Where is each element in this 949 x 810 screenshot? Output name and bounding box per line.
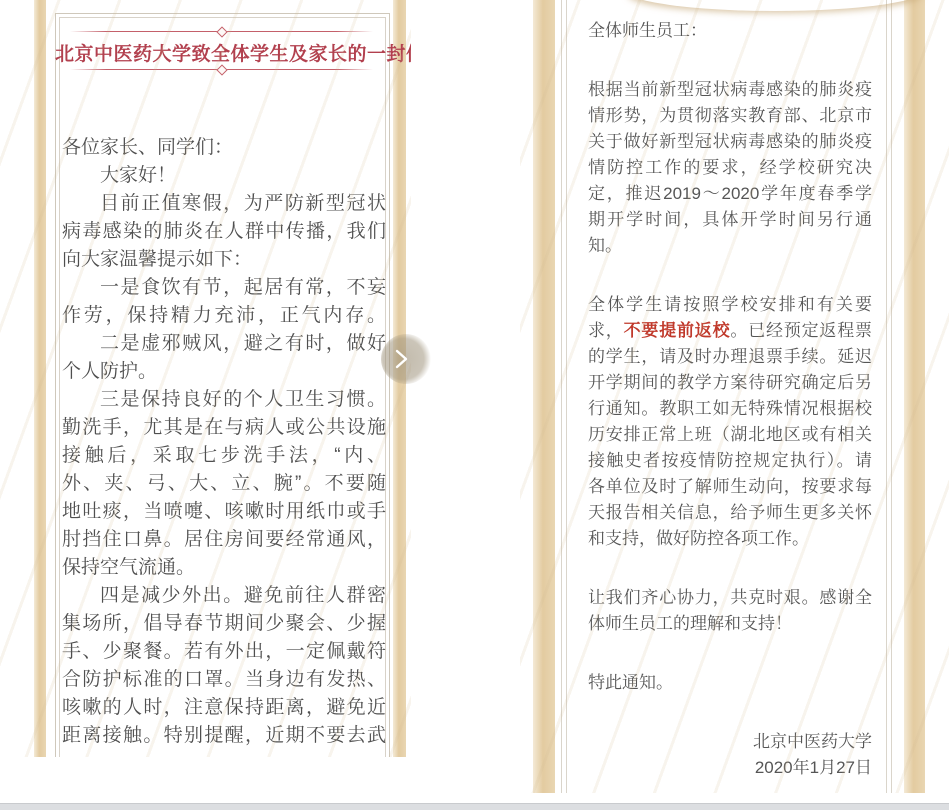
text-line: 目前正值寒假，为严防新型冠状 [62,190,386,218]
text-line: 咳嗽的人时，注意保持距离，避免近 [62,694,386,722]
text-line: 期开学时间，具体开学时间另行通 [588,207,872,233]
text-line: 关于做好新型冠状病毒感染的肺炎疫 [588,129,872,155]
paragraph: 目前正值寒假，为严防新型冠状病毒感染的肺炎在人群中传播，我们向大家温馨提示如下： [62,190,386,274]
paragraph: 二是虚邪贼风，避之有时，做好个人防护。 [62,330,386,386]
text-line: 病毒感染的肺炎在人群中传播，我们 [62,218,386,246]
right-page-body: 全体师生员工：根据当前新型冠状病毒感染的肺炎疫情形势，为贯彻落实教育部、北京市关… [588,18,872,781]
text-line: 各位家长、同学们： [62,134,386,162]
text-line: 勤洗手，尤其是在与病人或公共设施 [62,414,386,442]
text-line: 个人防护。 [62,358,386,386]
paper-edge-strip [34,0,46,757]
text-line: 向大家温馨提示如下： [62,246,386,274]
chevron-right-icon [394,348,409,370]
paragraph: 大家好！ [62,162,386,190]
text-line: 行通知。教职工如无特殊情况根据校 [588,396,872,422]
paragraph: 各位家长、同学们： [62,134,386,162]
text-line: 体师生员工的理解和支持！ [588,611,872,637]
text-line: 距离接触。特别提醒，近期不要去武 [62,722,386,750]
text-line: 四是减少外出。避免前往人群密 [62,582,386,610]
text-line: 保持空气流通。 [62,554,386,582]
text-line: 知。 [588,233,872,259]
text-line: 开学期间的教学方案待研究确定后另 [588,370,872,396]
text-line: 一是食饮有节，起居有常，不妄 [62,274,386,302]
text-line: 接触后，采取七步洗手法，“内、 [62,442,386,470]
text-line: 全体学生请按照学校安排和有关要 [588,292,872,318]
right-letter-page: 全体师生员工：根据当前新型冠状病毒感染的肺炎疫情形势，为贯彻落实教育部、北京市关… [520,0,949,793]
paragraph: 北京中医药大学2020年1月27日 [588,729,872,781]
text-line: 2020年1月27日 [588,755,872,781]
letter-title: 北京中医药大学致全体学生及家长的一封信 [55,39,389,66]
text-line: 和支持，做好防控各项工作。 [588,526,872,552]
text-line: 接触史者按疫情防控规定执行）。请 [588,448,872,474]
text-line: 地吐痰，当喷嚏、咳嗽时用纸巾或手 [62,498,386,526]
paragraph: 三是保持良好的个人卫生习惯。勤洗手，尤其是在与病人或公共设施接触后，采取七步洗手… [62,386,386,582]
text-line: 全体师生员工： [588,18,872,44]
text-line: 求，不要提前返校。已经预定返程票 [588,318,872,344]
text-line: 北京中医药大学 [588,729,872,755]
paragraph: 全体学生请按照学校安排和有关要求，不要提前返校。已经预定返程票的学生，请及时办理… [588,292,872,552]
paragraph: 四是减少外出。避免前往人群密集场所，倡导春节期间少聚会、少握手、少聚餐。若有外出… [62,582,386,750]
title-divider-bottom [70,66,373,73]
paragraph: 让我们齐心协力，共克时艰。感谢全体师生员工的理解和支持！ [588,585,872,637]
bottom-bar [0,803,949,810]
paragraph: 一是食饮有节，起居有常，不妄作劳，保持精力充沛，正气内存。 [62,274,386,330]
left-letter-page: 北京中医药大学致全体学生及家长的一封信 各位家长、同学们：大家好！目前正值寒假，… [0,0,411,757]
letter-frame-line [886,0,892,793]
paper-edge-strip [904,0,925,793]
text-line: 让我们齐心协力，共克时艰。感谢全 [588,585,872,611]
paragraph: 根据当前新型冠状病毒感染的肺炎疫情形势，为贯彻落实教育部、北京市关于做好新型冠状… [588,77,872,259]
text-line: 的学生，请及时办理退票手续。延迟 [588,344,872,370]
paragraph: 全体师生员工： [588,18,872,44]
text-line: 集场所，倡导春节期间少聚会、少握 [62,610,386,638]
text-line: 天报告相关信息，给予师生更多关怀 [588,500,872,526]
text-line: 情形势，为贯彻落实教育部、北京市 [588,103,872,129]
title-divider-top [70,28,373,35]
text-line: 历安排正常上班（湖北地区或有相关 [588,422,872,448]
paper-edge-strip [533,0,555,793]
text-line: 特此通知。 [588,670,872,696]
ribbon-swoosh [625,0,925,11]
left-page-body: 各位家长、同学们：大家好！目前正值寒假，为严防新型冠状病毒感染的肺炎在人群中传播… [62,134,386,750]
text-line: 手、少聚餐。若有外出，一定佩戴符 [62,638,386,666]
text-line: 定，推迟2019～2020学年度春季学 [588,181,872,207]
text-line: 二是虚邪贼风，避之有时，做好 [62,330,386,358]
next-image-button[interactable] [381,334,431,384]
letter-frame-line [561,0,567,793]
text-line: 合防护标准的口罩。当身边有发热、 [62,666,386,694]
text-line: 作劳，保持精力充沛，正气内存。 [62,302,386,330]
paragraph: 特此通知。 [588,670,872,696]
text-line: 各单位及时了解师生动向，按要求每 [588,474,872,500]
text-line: 三是保持良好的个人卫生习惯。 [62,386,386,414]
image-viewer: 北京中医药大学致全体学生及家长的一封信 各位家长、同学们：大家好！目前正值寒假，… [0,0,949,810]
text-line: 情防控工作的要求，经学校研究决 [588,155,872,181]
text-line: 外、夹、弓、大、立、腕”。不要随 [62,470,386,498]
text-line: 根据当前新型冠状病毒感染的肺炎疫 [588,77,872,103]
text-line: 肘挡住口鼻。居住房间要经常通风， [62,526,386,554]
text-line: 大家好！ [62,162,386,190]
